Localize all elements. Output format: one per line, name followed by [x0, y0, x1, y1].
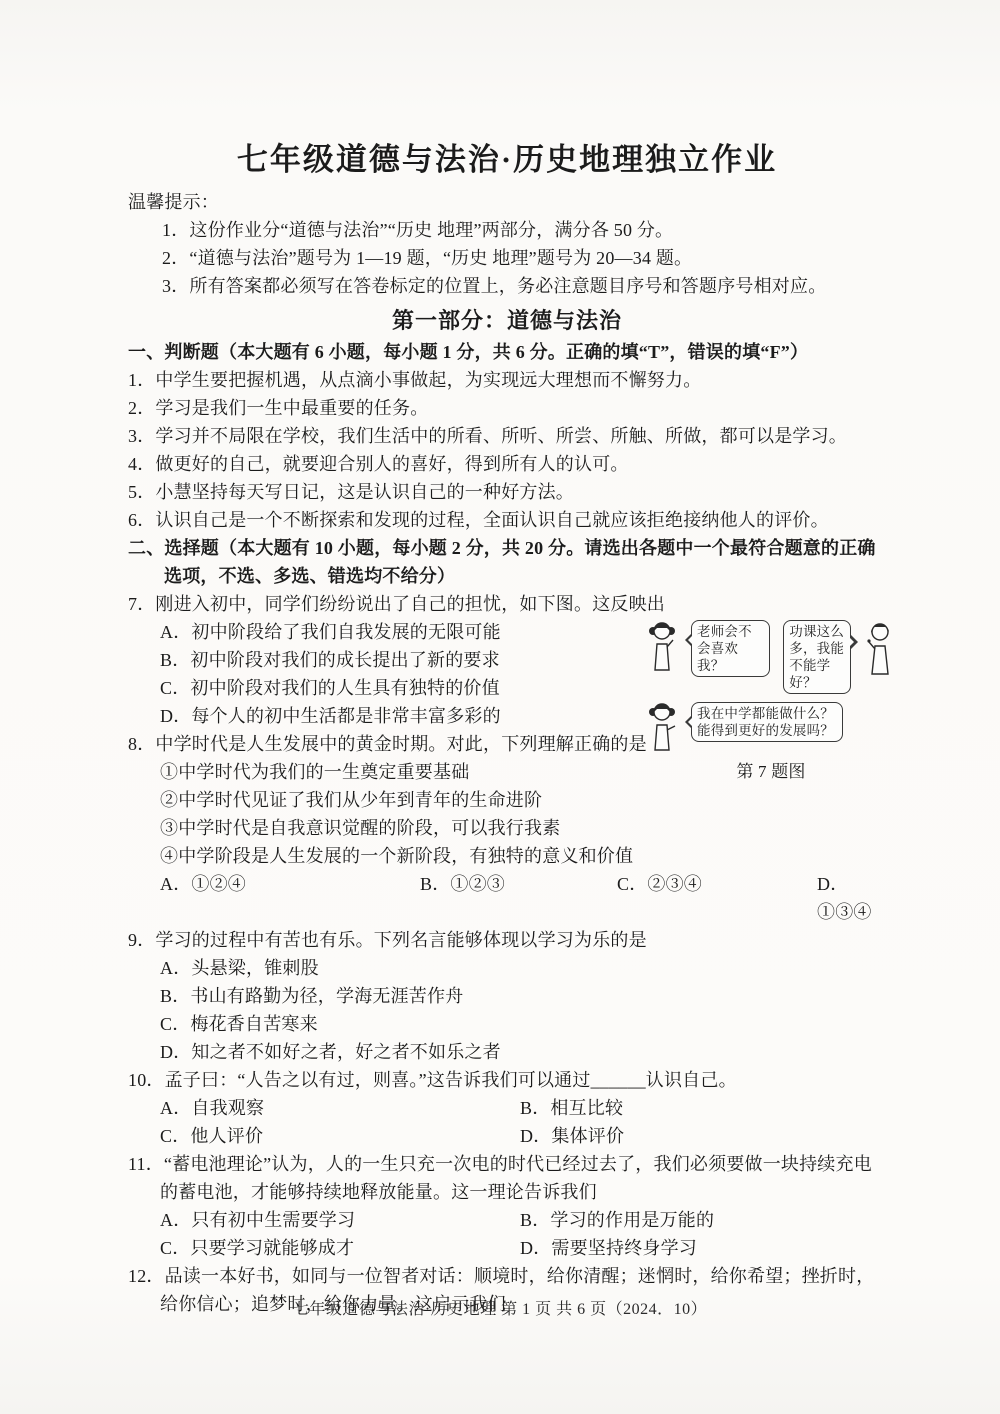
question-11: 11．“蓄电池理论”认为，人的一生只充一次电的时代已经过去了，我们必须要做一块持… — [128, 1150, 886, 1262]
question-10-option-c: C．他人评价 — [160, 1122, 520, 1150]
question-9-option-d: D．知之者不如好之者，好之者不如乐之者 — [128, 1038, 886, 1066]
notice-item: 1．这份作业分“道德与法治”“历史 地理”两部分，满分各 50 分。 — [128, 216, 886, 244]
question-11-option-d: D．需要坚持终身学习 — [520, 1234, 886, 1262]
question-9-option-b: B．书山有路勤为径，学海无涯苦作舟 — [128, 982, 886, 1010]
page-footer: 七年级道德与法治·历史地理 第 1 页 共 6 页（2024．10） — [0, 1296, 1000, 1319]
question-7: 7．刚进入初中，同学们纷纷说出了自己的担忧，如下图。这反映出 A．初中阶段给了我… — [128, 590, 886, 730]
exam-paper-page: 七年级道德与法治·历史地理独立作业 温馨提示： 1．这份作业分“道德与法治”“历… — [0, 0, 1000, 1414]
question-11-stem: 11．“蓄电池理论”认为，人的一生只充一次电的时代已经过去了，我们必须要做一块持… — [128, 1150, 886, 1206]
figure-row-1: 老师会不会喜欢我？ 功课这么多，我能不能学好？ — [646, 620, 896, 694]
question-8-options: A．①②④ B．①②③ C．②③④ D．①③④ — [128, 870, 886, 926]
figure-caption: 第 7 题图 — [646, 758, 896, 786]
judgment-question: 1．中学生要把握机遇，从点滴小事做起，为实现远大理想而不懈努力。 — [128, 366, 886, 394]
notice-item: 2．“道德与法治”题号为 1—19 题，“历史 地理”题号为 20—34 题。 — [128, 244, 886, 272]
boy-student-icon — [864, 620, 896, 676]
speech-bubble-2: 功课这么多，我能不能学好？ — [783, 620, 851, 694]
question-10-stem: 10．孟子曰：“人告之以有过，则喜。”这告诉我们可以通过______认识自己。 — [128, 1066, 886, 1094]
page-title: 七年级道德与法治·历史地理独立作业 — [128, 140, 886, 180]
question-8-option-b: B．①②③ — [420, 870, 617, 926]
question-10-option-a: A．自我观察 — [160, 1094, 520, 1122]
question-8-subitem: ④中学阶段是人生发展的一个新阶段，有独特的意义和价值 — [128, 842, 886, 870]
part1-heading: 第一部分：道德与法治 — [128, 306, 886, 336]
question-11-options: A．只有初中生需要学习 B．学习的作用是万能的 C．只要学习就能够成才 D．需要… — [128, 1206, 886, 1262]
question-10-option-b: B．相互比较 — [520, 1094, 886, 1122]
question-8-option-c: C．②③④ — [617, 870, 817, 926]
question-7-stem: 7．刚进入初中，同学们纷纷说出了自己的担忧，如下图。这反映出 — [128, 590, 886, 618]
judgment-question: 3．学习并不局限在学校，我们生活中的所看、所听、所尝、所触、所做，都可以是学习。 — [128, 422, 886, 450]
question-9: 9．学习的过程中有苦也有乐。下列名言能够体现以学习为乐的是 A．头悬梁，锥刺股 … — [128, 926, 886, 1066]
notice-label: 温馨提示： — [128, 188, 886, 216]
page-content: 七年级道德与法治·历史地理独立作业 温馨提示： 1．这份作业分“道德与法治”“历… — [128, 0, 886, 1318]
judgment-section-heading: 一、判断题（本大题有 6 小题，每小题 1 分，共 6 分。正确的填“T”，错误… — [128, 338, 886, 366]
question-11-option-b: B．学习的作用是万能的 — [520, 1206, 886, 1234]
speech-bubble-3: 我在中学都能做什么？能得到更好的发展吗？ — [691, 702, 843, 742]
judgment-question: 2．学习是我们一生中最重要的任务。 — [128, 394, 886, 422]
question-8-option-d: D．①③④ — [817, 870, 886, 926]
question-11-option-a: A．只有初中生需要学习 — [160, 1206, 520, 1234]
question-10-options: A．自我观察 B．相互比较 C．他人评价 D．集体评价 — [128, 1094, 886, 1150]
question-10: 10．孟子曰：“人告之以有过，则喜。”这告诉我们可以通过______认识自己。 … — [128, 1066, 886, 1150]
choice-section-heading: 二、选择题（本大题有 10 小题，每小题 2 分，共 20 分。请选出各题中一个… — [128, 534, 886, 590]
question-11-option-c: C．只要学习就能够成才 — [160, 1234, 520, 1262]
speech-bubble-1: 老师会不会喜欢我？ — [691, 620, 770, 677]
question-8-option-a: A．①②④ — [160, 870, 420, 926]
notice-item: 3．所有答案都必须写在答卷标定的位置上，务必注意题目序号和答题序号相对应。 — [128, 272, 886, 300]
judgment-question: 6．认识自己是一个不断探索和发现的过程，全面认识自己就应该拒绝接纳他人的评价。 — [128, 506, 886, 534]
question-9-stem: 9．学习的过程中有苦也有乐。下列名言能够体现以学习为乐的是 — [128, 926, 886, 954]
question-7-figure: 老师会不会喜欢我？ 功课这么多，我能不能学好？ — [646, 620, 896, 786]
girl-student-icon — [646, 620, 678, 672]
question-10-option-d: D．集体评价 — [520, 1122, 886, 1150]
figure-row-2: 我在中学都能做什么？能得到更好的发展吗？ — [646, 702, 896, 752]
question-9-option-c: C．梅花香自苦寒来 — [128, 1010, 886, 1038]
question-8-subitem: ③中学时代是自我意识觉醒的阶段，可以我行我素 — [128, 814, 886, 842]
judgment-question: 5．小慧坚持每天写日记，这是认识自己的一种好方法。 — [128, 478, 886, 506]
question-8-subitem: ②中学时代见证了我们从少年到青年的生命进阶 — [128, 786, 886, 814]
girl-student-pointing-icon — [646, 702, 678, 752]
judgment-question: 4．做更好的自己，就要迎合别人的喜好，得到所有人的认可。 — [128, 450, 886, 478]
question-9-option-a: A．头悬梁，锥刺股 — [128, 954, 886, 982]
